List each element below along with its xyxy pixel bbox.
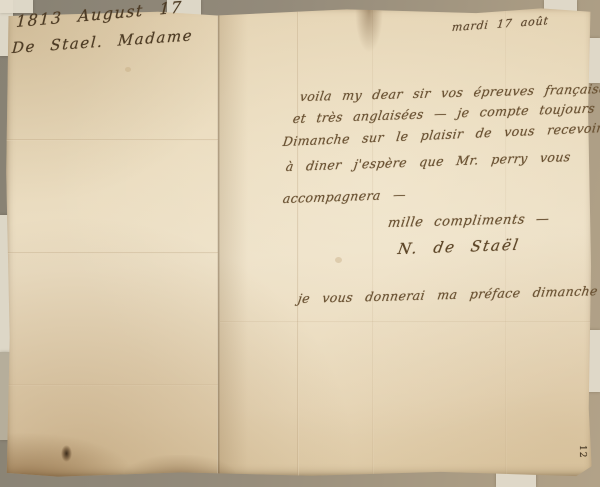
foxing-spot <box>125 67 131 72</box>
horizontal-crease-lower-left <box>5 384 218 386</box>
horizontal-crease-upper-left <box>5 139 218 141</box>
stain-bottom-edge <box>125 455 235 477</box>
stain-dark-spot <box>61 445 72 462</box>
foxing-spot <box>335 257 342 263</box>
stain-top-smudge <box>355 7 383 53</box>
horizontal-crease-right-page <box>220 321 594 323</box>
horizontal-crease-middle-left <box>5 252 218 254</box>
vertical-crease-right-page <box>297 7 299 479</box>
page-number: 12 <box>577 445 587 458</box>
center-fold-shadow <box>220 7 248 479</box>
vertical-crease-faint <box>372 7 374 479</box>
letter-photograph: 1813 August 17 De Stael. Madame mardi 17… <box>0 0 600 487</box>
